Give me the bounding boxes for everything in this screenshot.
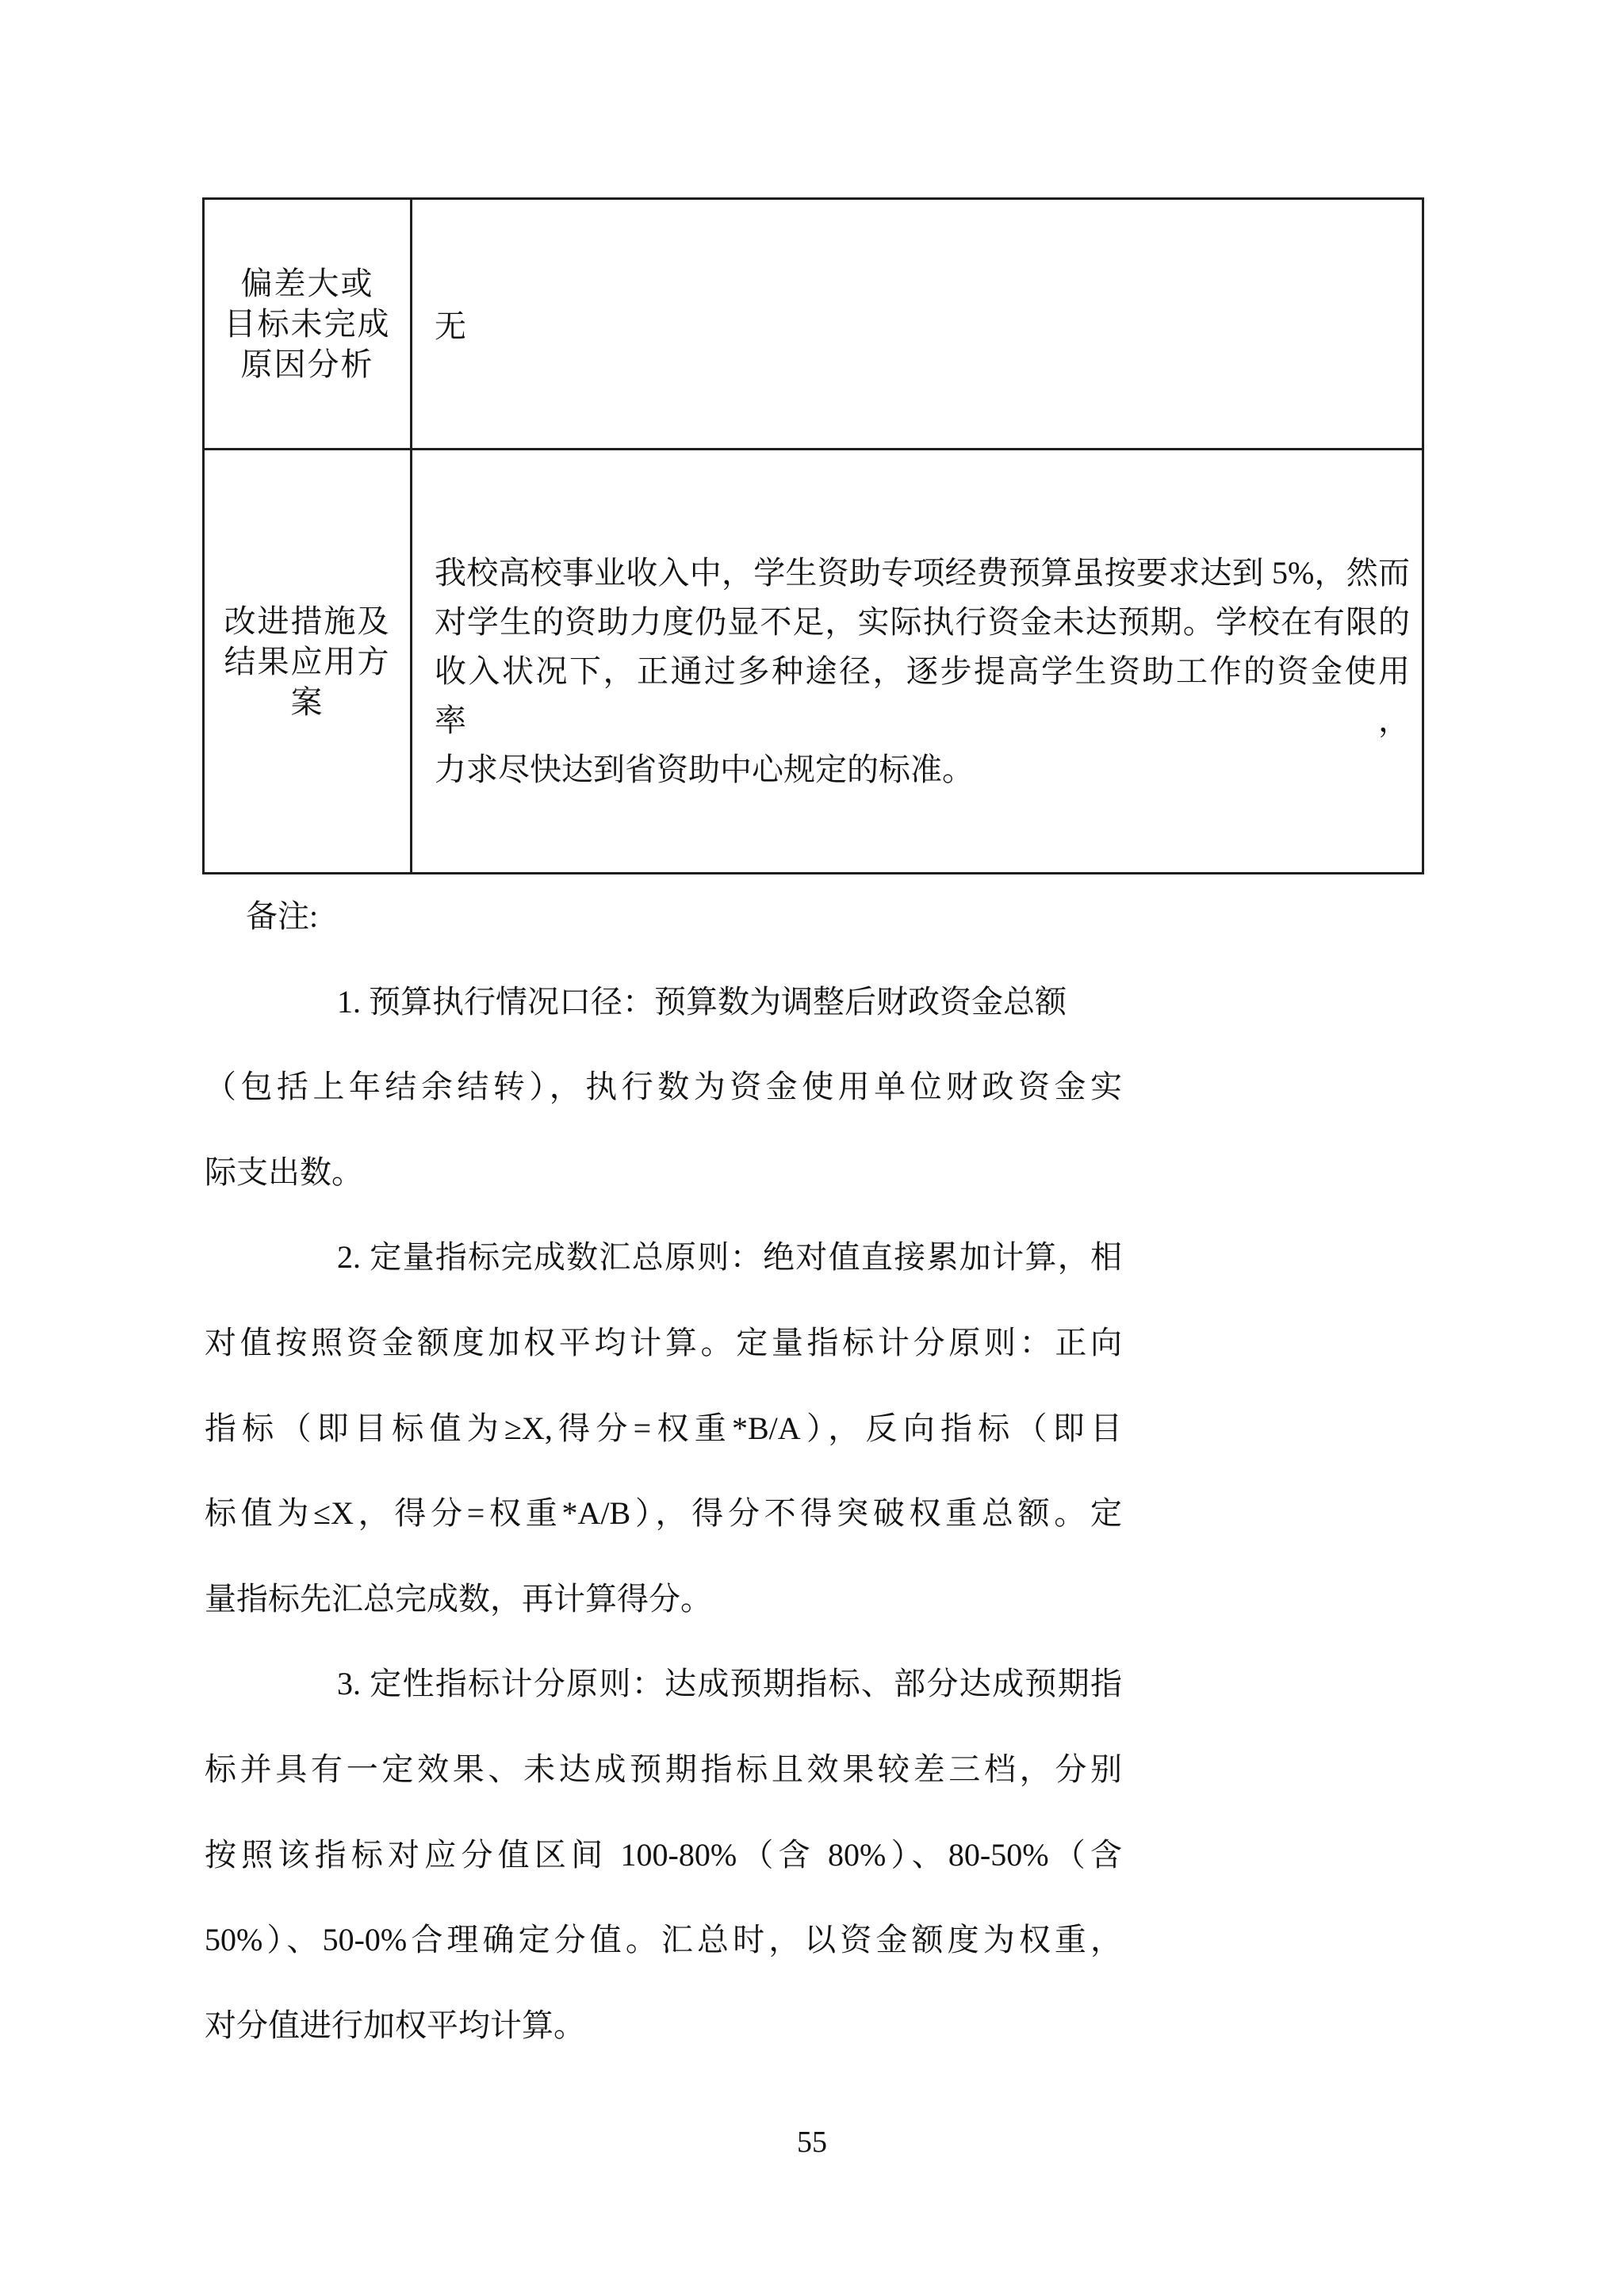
note-line: 际支出数。	[205, 1130, 1122, 1215]
row2-label-line: 改进措施及	[224, 601, 391, 641]
note-line: 对值按照资金额度加权平均计算。定量指标计分原则：正向	[205, 1300, 1122, 1386]
row1-label-line: 目标未完成	[224, 304, 391, 344]
table-row2-label-cell: 改进措施及 结果应用方 案	[205, 450, 412, 872]
performance-table: 偏差大或 目标未完成 原因分析 无 改进措施及 结果应用方 案 我校高校事业收入…	[202, 197, 1424, 874]
row1-label-line: 偏差大或	[241, 263, 374, 304]
notes-heading: 备注:	[205, 874, 1122, 959]
table-row2-content-cell: 我校高校事业收入中，学生资助专项经费预算虽按要求达到 5%，然而 对学生的资助力…	[412, 450, 1422, 872]
row2-content-line: 收入状况下，正通过多种途径，逐步提高学生资助工作的资金使用率，	[435, 647, 1410, 745]
row2-content-line: 对学生的资助力度仍显不足，实际执行资金未达预期。学校在有限的	[435, 598, 1410, 647]
note-line: 2. 定量指标完成数汇总原则：绝对值直接累加计算，相	[205, 1215, 1122, 1300]
note-line: 量指标先汇总完成数，再计算得分。	[205, 1556, 1122, 1642]
table-row1-label-cell: 偏差大或 目标未完成 原因分析	[205, 200, 412, 450]
row2-label-line: 结果应用方	[224, 641, 391, 682]
note-line: （包括上年结余结转），执行数为资金使用单位财政资金实	[205, 1044, 1122, 1130]
row2-content-line: 我校高校事业收入中，学生资助专项经费预算虽按要求达到 5%，然而	[435, 549, 1410, 598]
table-row1-value-cell: 无	[412, 200, 1422, 450]
row2-content-line: 力求尽快达到省资助中心规定的标准。	[435, 745, 1410, 794]
note-line: 50%）、50-0%合理确定分值。汇总时，以资金额度为权重，	[205, 1897, 1122, 1983]
note-line: 标并具有一定效果、未达成预期指标且效果较差三档，分别	[205, 1727, 1122, 1812]
page-number: 55	[0, 2125, 1624, 2160]
note-line: 对分值进行加权平均计算。	[205, 1983, 1122, 2068]
row1-label-line: 原因分析	[241, 344, 374, 385]
note-line: 1. 预算执行情况口径：预算数为调整后财政资金总额	[205, 959, 1122, 1045]
note-line: 指标（即目标值为≥X,得分=权重*B/A），反向指标（即目	[205, 1386, 1122, 1471]
row1-value: 无	[435, 301, 466, 346]
notes-section: 备注: 1. 预算执行情况口径：预算数为调整后财政资金总额 （包括上年结余结转）…	[205, 874, 1122, 2068]
note-line: 标值为≤X，得分=权重*A/B），得分不得突破权重总额。定	[205, 1471, 1122, 1556]
row2-label-line: 案	[291, 682, 324, 722]
note-line: 3. 定性指标计分原则：达成预期指标、部分达成预期指	[205, 1641, 1122, 1727]
note-line: 按照该指标对应分值区间 100-80%（含 80%）、80-50%（含	[205, 1812, 1122, 1898]
